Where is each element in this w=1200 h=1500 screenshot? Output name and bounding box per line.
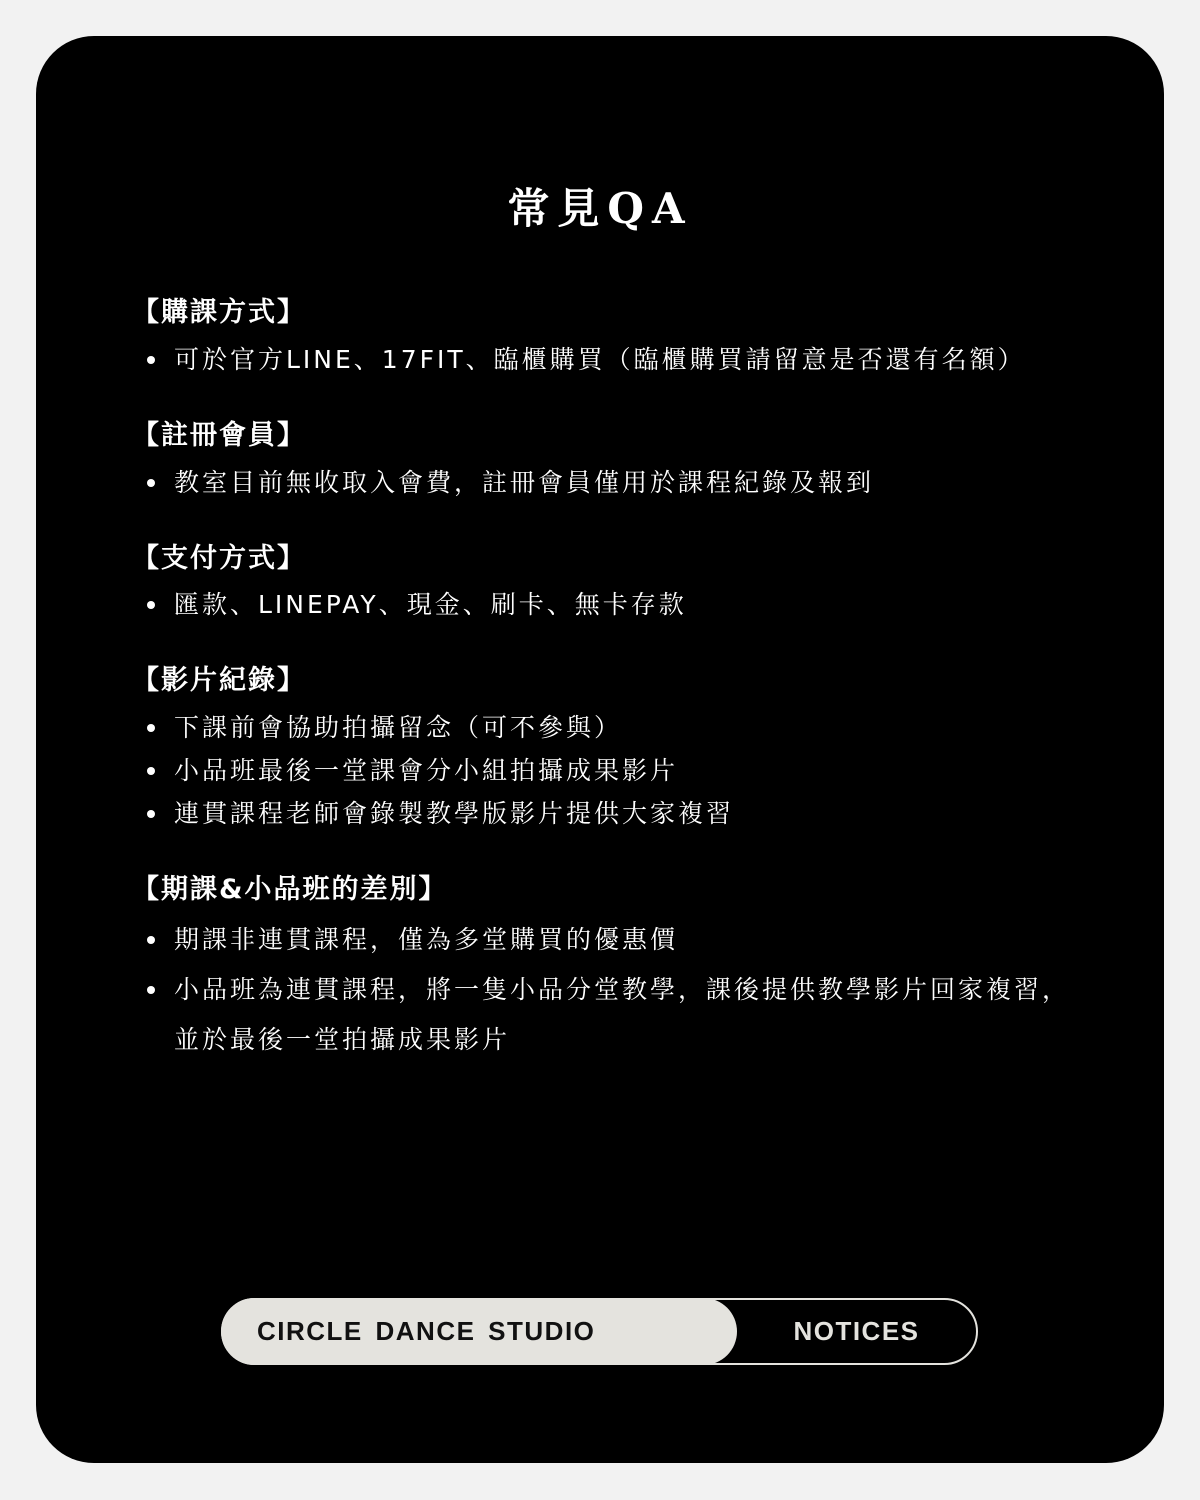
section-heading: 【註冊會員】 <box>132 417 1096 455</box>
list-item: 下課前會協助拍攝留念（可不參與） <box>136 706 1096 749</box>
list-item: 期課非連貫課程，僅為多堂購買的優惠價 <box>136 915 1096 965</box>
bullet-list: 下課前會協助拍攝留念（可不參與） 小品班最後一堂課會分小組拍攝成果影片 連貫課程… <box>136 706 1096 835</box>
bullet-list: 期課非連貫課程，僅為多堂購買的優惠價 小品班為連貫課程，將一隻小品分堂教學，課後… <box>136 915 1096 1065</box>
bullet-icon <box>147 724 155 732</box>
bullet-icon <box>147 936 155 944</box>
list-item-text: 下課前會協助拍攝留念（可不參與） <box>174 713 622 742</box>
section-heading: 【支付方式】 <box>132 540 1096 578</box>
section-class-difference: 【期課&小品班的差別】 期課非連貫課程，僅為多堂購買的優惠價 小品班為連貫課程，… <box>136 871 1096 1065</box>
section-heading: 【影片紀錄】 <box>132 662 1096 700</box>
qa-content: 【購課方式】 可於官方LINE、17FIT、臨櫃購買（臨櫃購買請留意是否還有名額… <box>136 294 1096 1101</box>
list-item-text: 教室目前無收取入會費，註冊會員僅用於課程紀錄及報到 <box>174 468 874 497</box>
list-item: 小品班為連貫課程，將一隻小品分堂教學，課後提供教學影片回家複習，並於最後一堂拍攝… <box>136 965 1096 1065</box>
bullet-icon <box>147 986 155 994</box>
list-item: 小品班最後一堂課會分小組拍攝成果影片 <box>136 749 1096 792</box>
bullet-list: 教室目前無收取入會費，註冊會員僅用於課程紀錄及報到 <box>136 461 1096 504</box>
list-item: 連貫課程老師會錄製教學版影片提供大家複習 <box>136 792 1096 835</box>
bullet-list: 可於官方LINE、17FIT、臨櫃購買（臨櫃購買請留意是否還有名額） <box>136 338 1096 381</box>
list-item: 教室目前無收取入會費，註冊會員僅用於課程紀錄及報到 <box>136 461 1096 504</box>
section-purchase: 【購課方式】 可於官方LINE、17FIT、臨櫃購買（臨櫃購買請留意是否還有名額… <box>136 294 1096 381</box>
bullet-icon <box>147 601 155 609</box>
section-payment: 【支付方式】 匯款、LINEPAY、現金、刷卡、無卡存款 <box>136 540 1096 627</box>
bullet-icon <box>147 356 155 364</box>
list-item-text: 連貫課程老師會錄製教學版影片提供大家複習 <box>174 799 734 828</box>
bullet-list: 匯款、LINEPAY、現金、刷卡、無卡存款 <box>136 583 1096 626</box>
studio-name-label: CIRCLE DANCE STUDIO <box>221 1298 737 1365</box>
section-video: 【影片紀錄】 下課前會協助拍攝留念（可不參與） 小品班最後一堂課會分小組拍攝成果… <box>136 662 1096 835</box>
list-item-text: 小品班為連貫課程，將一隻小品分堂教學，課後提供教學影片回家複習，並於最後一堂拍攝… <box>174 975 1070 1054</box>
section-membership: 【註冊會員】 教室目前無收取入會費，註冊會員僅用於課程紀錄及報到 <box>136 417 1096 504</box>
qa-card: 常見QA 【購課方式】 可於官方LINE、17FIT、臨櫃購買（臨櫃購買請留意是… <box>36 36 1164 1463</box>
page-title: 常見QA <box>36 188 1164 230</box>
list-item: 可於官方LINE、17FIT、臨櫃購買（臨櫃購買請留意是否還有名額） <box>136 338 1096 381</box>
list-item-text: 期課非連貫課程，僅為多堂購買的優惠價 <box>174 925 678 954</box>
list-item: 匯款、LINEPAY、現金、刷卡、無卡存款 <box>136 583 1096 626</box>
bullet-icon <box>147 767 155 775</box>
section-heading: 【購課方式】 <box>132 294 1096 332</box>
list-item-text: 小品班最後一堂課會分小組拍攝成果影片 <box>174 756 678 785</box>
bullet-icon <box>147 479 155 487</box>
bullet-icon <box>147 810 155 818</box>
notices-label: NOTICES <box>737 1300 976 1363</box>
section-heading: 【期課&小品班的差別】 <box>132 871 1096 909</box>
list-item-text: 匯款、LINEPAY、現金、刷卡、無卡存款 <box>174 590 687 619</box>
list-item-text: 可於官方LINE、17FIT、臨櫃購買（臨櫃購買請留意是否還有名額） <box>174 345 1026 374</box>
footer-pill: CIRCLE DANCE STUDIO NOTICES <box>221 1298 978 1365</box>
